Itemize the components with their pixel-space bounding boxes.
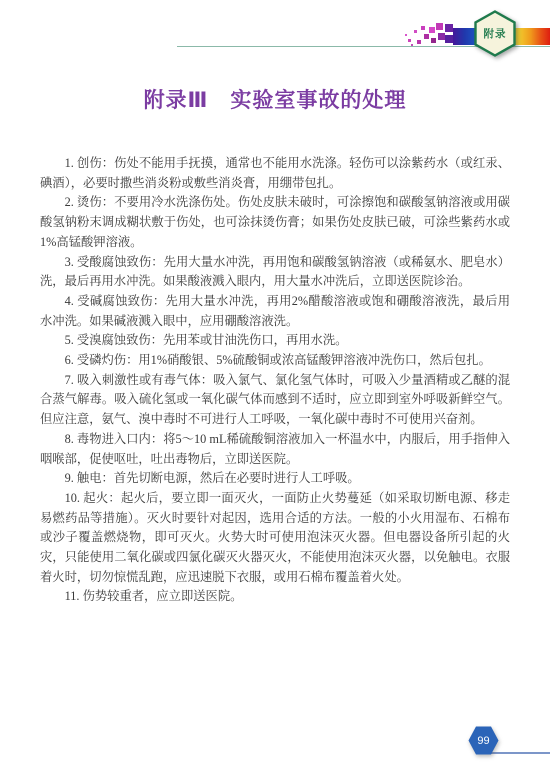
accident-item-6: 6. 受磷灼伤：用1%硝酸银、5%硫酸铜或浓高锰酸钾溶液冲洗伤口，然后包扎。 [40,351,510,371]
page-number: 99 [468,726,499,755]
page-title: 附录Ⅲ 实验室事故的处理 [0,84,550,114]
content-area: 1. 创伤：伤处不能用手抚摸，通常也不能用水洗涤。轻伤可以涂紫药水（或红汞、碘酒… [40,154,510,607]
page-number-badge: 99 [468,726,499,755]
accident-item-10: 10. 起火：起火后，要立即一面灭火，一面防止火势蔓延（如采取切断电源、移走易燃… [40,489,510,588]
textbook-page: 附录 附录Ⅲ 实验室事故的处理 1. 创伤：伤处不能用手抚摸，通常也不能用水洗涤… [0,0,550,778]
accident-item-2: 2. 烫伤：不要用冷水洗涤伤处。伤处皮肤未破时，可涂擦饱和碳酸氢钠溶液或用碳酸氢… [40,193,510,252]
accident-item-11: 11. 伤势较重者，应立即送医院。 [40,587,510,607]
accident-item-1: 1. 创伤：伤处不能用手抚摸，通常也不能用水洗涤。轻伤可以涂紫药水（或红汞、碘酒… [40,154,510,193]
accident-item-9: 9. 触电：首先切断电源，然后在必要时进行人工呼吸。 [40,469,510,489]
accident-item-4: 4. 受碱腐蚀致伤：先用大量水冲洗，再用2%醋酸溶液或饱和硼酸溶液洗，最后用水冲… [40,292,510,331]
accident-item-7: 7. 吸入刺激性或有毒气体：吸入氯气、氯化氢气体时，可吸入少量酒精或乙醚的混合蒸… [40,371,510,430]
page-header: 附录 [0,0,550,60]
accident-item-3: 3. 受酸腐蚀致伤：先用大量水冲洗，再用饱和碳酸氢钠溶液（或稀氨水、肥皂水）洗，… [40,253,510,292]
accident-item-8: 8. 毒物进入口内：将5～10 mL稀硫酸铜溶液加入一杯温水中，内服后，用手指伸… [40,430,510,469]
appendix-badge-label: 附录 [474,10,516,57]
accident-item-5: 5. 受溴腐蚀致伤：先用苯或甘油洗伤口，再用水洗。 [40,331,510,351]
appendix-hexagon-badge: 附录 [474,10,516,57]
